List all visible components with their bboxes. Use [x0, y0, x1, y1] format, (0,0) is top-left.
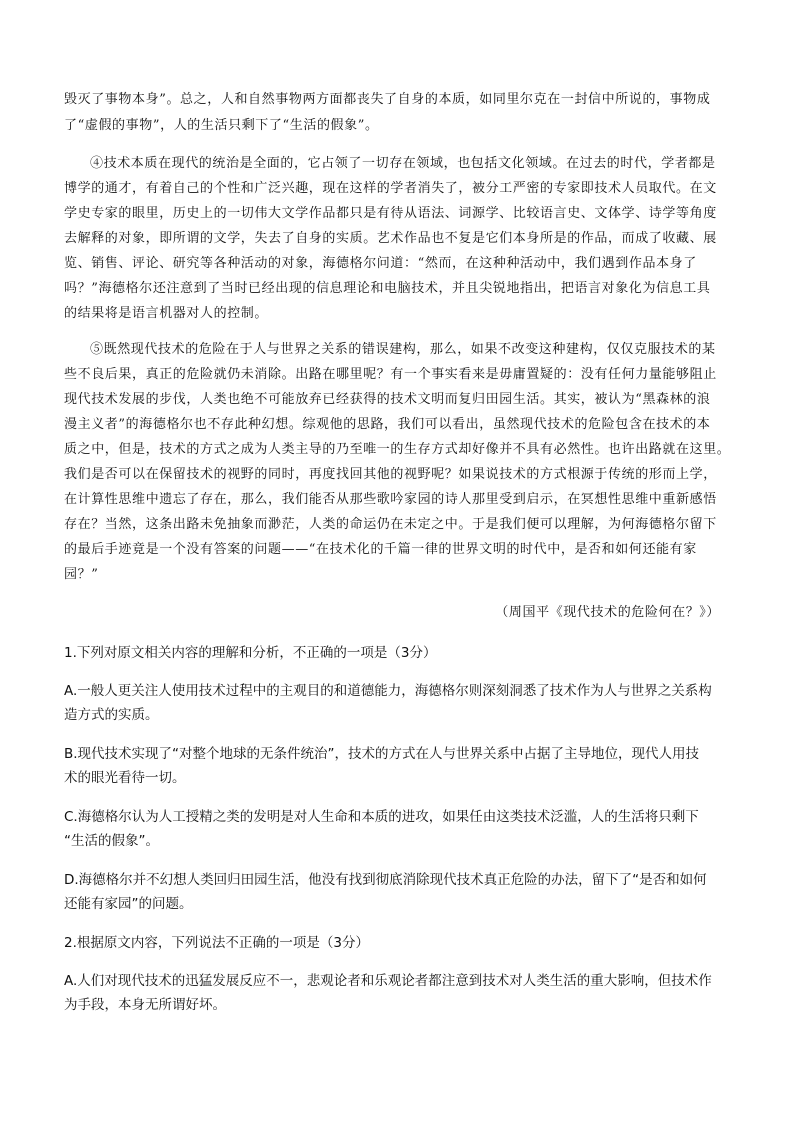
text-line: 漫主义者”的海德格尔也不存此种幻想。综观他的思路，我们可以看出，虽然现代技术的危… [64, 417, 732, 433]
text-line: 了“虚假的事物”，人的生活只剩下了“生活的假象”。 [64, 118, 732, 134]
option-text: B.现代技术实现了“对整个地球的无条件统治”，技术的方式在人与世界关系中占据了主… [64, 746, 732, 762]
text-line: 的最后手迹竟是一个没有答案的问题——“在技术化的千篇一律的世界文明的时代中，是否… [64, 542, 732, 558]
option-text: C.海德格尔认为人工授精之类的发明是对人生命和本质的进攻，如果任由这类技术泛滥，… [64, 809, 732, 825]
option-text: 为手段，本身无所谓好坏。 [64, 997, 732, 1013]
option-text: 术的眼光看待一切。 [64, 770, 732, 786]
text-line: 些不良后果，真正的危险就仍未消除。出路在哪里呢？有一个事实看来是毋庸置疑的：没有… [64, 367, 732, 383]
option-text: A.一般人更关注人使用技术过程中的主观目的和道德能力，海德格尔则深刻洞悉了技术作… [64, 683, 732, 699]
text-line: 毁灭了事物本身”。总之，人和自然事物两方面都丧失了自身的本质，如同里尔克在一封信… [64, 92, 732, 108]
source-citation: （周国平《现代技术的危险何在？》） [495, 605, 720, 621]
text-line: 览、销售、评论、研究等各种活动的对象，海德格尔问道：“然而，在这种种活动中，我们… [64, 256, 732, 272]
document-page: 毁灭了事物本身”。总之，人和自然事物两方面都丧失了自身的本质，如同里尔克在一封信… [0, 0, 794, 1123]
option-text: 还能有家园”的问题。 [64, 896, 732, 912]
question-stem: 2.根据原文内容，下列说法不正确的一项是（3分） [64, 935, 732, 951]
text-line: ④技术本质在现代的统治是全面的，它占领了一切存在领域，也包括文化领域。在过去的时… [90, 156, 732, 172]
text-line: 我们是否可以在保留技术的视野的同时，再度找回其他的视野呢？如果说技术的方式根源于… [64, 467, 732, 483]
text-line: 去解释的对象，即所谓的文学，失去了自身的实质。艺术作品也不复是它们本身所是的作品… [64, 231, 732, 247]
option-text: A.人们对现代技术的迅猛发展反应不一，悲观论者和乐观论者都注意到技术对人类生活的… [64, 973, 732, 989]
text-line: 园？” [64, 567, 732, 583]
option-text: 造方式的实质。 [64, 707, 732, 723]
option-text: “生活的假象”。 [64, 833, 732, 849]
text-line: 学史专家的眼里，历史上的一切伟大文学作品都只是有待从语法、词源学、比较语言史、文… [64, 206, 732, 222]
text-line: ⑤既然现代技术的危险在于人与世界之关系的错误建构，那么，如果不改变这种建构，仅仅… [90, 342, 732, 358]
text-line: 的结果将是语言机器对人的控制。 [64, 306, 732, 322]
text-line: 博学的通才，有着自己的个性和广泛兴趣，现在这样的学者消失了，被分工严密的专家即技… [64, 181, 732, 197]
question-stem: 1.下列对原文相关内容的理解和分析，不正确的一项是（3分） [64, 645, 732, 661]
text-line: 质之中，但是，技术的方式之成为人类主导的乃至唯一的生存方式却好像并不具有必然性。… [64, 442, 732, 458]
option-text: D.海德格尔并不幻想人类回归田园生活，他没有找到彻底消除现代技术真正危险的办法，… [64, 872, 732, 888]
text-line: 现代技术发展的步伐，人类也绝不可能放弃已经获得的技术文明而复归田园生活。其实，被… [64, 392, 732, 408]
text-line: 吗？”海德格尔还注意到了当时已经出现的信息理论和电脑技术，并且尖锐地指出，把语言… [64, 281, 732, 297]
text-line: 在计算性思维中遗忘了存在，那么，我们能否从那些歌吟家园的诗人那里受到启示，在冥想… [64, 492, 732, 508]
text-line: 存在？当然，这条出路未免抽象而渺茫，人类的命运仍在未定之中。于是我们便可以理解，… [64, 517, 732, 533]
